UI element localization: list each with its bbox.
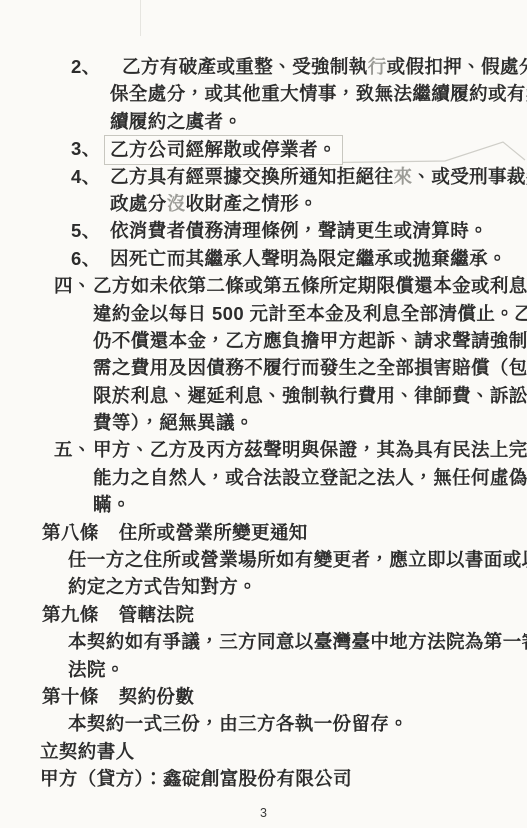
text-line: 保全處分，或其他重大情事，致無法繼續履約或有無法繼 bbox=[110, 80, 527, 107]
text-line: 違約金以每日 500 元計至本金及利息全部清償止。乙方屆期 bbox=[93, 300, 527, 327]
text-line: 任一方之住所或營業場所如有變更者，應立即以書面或以三方 bbox=[68, 546, 527, 573]
text-line: 約定之方式告知對方。 bbox=[68, 573, 527, 600]
text-line: 法院。 bbox=[68, 656, 527, 683]
text-line: 續履約之虞者。 bbox=[110, 108, 527, 135]
text-line: 乙方具有經票據交換所通知拒絕往來、或受刑事裁判或行 bbox=[110, 163, 527, 190]
clause-heading: 第八條 住所或營業所變更通知 bbox=[0, 519, 527, 546]
text-line: 本契約如有爭議，三方同意以臺灣臺中地方法院為第一審管轄 bbox=[68, 628, 527, 655]
text-line: 甲方、乙方及丙方茲聲明與保證，其為具有民法上完全行為 bbox=[93, 436, 527, 463]
item-number: 5、 bbox=[71, 217, 110, 244]
clause-paragraph: 本契約一式三份，由三方各執一份留存。 bbox=[0, 710, 527, 737]
clause-title: 住所或營業所變更通知 bbox=[119, 519, 308, 546]
text-line: 政處分沒收財產之情形。 bbox=[110, 190, 527, 217]
clause-paragraph: 任一方之住所或營業場所如有變更者，應立即以書面或以三方 約定之方式告知對方。 bbox=[0, 546, 527, 601]
item-text: 乙方具有經票據交換所通知拒絕往來、或受刑事裁判或行 政處分沒收財產之情形。 bbox=[110, 163, 527, 218]
signature-block-title: 立契約書人 bbox=[0, 738, 527, 765]
item-number: 五、 bbox=[54, 436, 93, 463]
text-line: 仍不償還本金，乙方應負擔甲方起訴、請求聲請強制執行所 bbox=[93, 327, 527, 354]
text-line: 依消費者債務清理條例，聲請更生或清算時。 bbox=[110, 217, 488, 244]
item-text: 甲方、乙方及丙方茲聲明與保證，其為具有民法上完全行為 能力之自然人，或合法設立登… bbox=[93, 436, 527, 518]
list-item: 5、 依消費者債務清理條例，聲請更生或清算時。 bbox=[0, 217, 527, 244]
item-number: 2、 bbox=[71, 53, 110, 80]
text-line: 乙方如未依第二條或第五條所定期限償還本金或利息，逾期 bbox=[93, 272, 527, 299]
clause-paragraph: 本契約如有爭議，三方同意以臺灣臺中地方法院為第一審管轄 法院。 bbox=[0, 628, 527, 683]
clause-title: 管轄法院 bbox=[119, 601, 195, 628]
scan-artifact-line bbox=[140, 0, 141, 36]
list-item: 6、 因死亡而其繼承人聲明為限定繼承或拋棄繼承。 bbox=[0, 245, 527, 272]
text-line: 能力之自然人，或合法設立登記之法人，無任何虛偽或隱 bbox=[93, 464, 527, 491]
clause-number: 第十條 bbox=[42, 683, 99, 710]
item-number: 四、 bbox=[54, 272, 93, 299]
item-text: 乙方如未依第二條或第五條所定期限償還本金或利息，逾期 違約金以每日 500 元計… bbox=[93, 272, 527, 436]
scanned-contract-page: 2、 乙方有破產或重整、受強制執行或假扣押、假處分或其他 保全處分，或其他重大情… bbox=[0, 0, 527, 828]
item-number: 4、 bbox=[71, 163, 110, 190]
item-text: 因死亡而其繼承人聲明為限定繼承或拋棄繼承。 bbox=[110, 245, 507, 272]
item-number: 6、 bbox=[71, 245, 110, 272]
list-item: 2、 乙方有破產或重整、受強制執行或假扣押、假處分或其他 保全處分，或其他重大情… bbox=[0, 53, 527, 135]
text-line: 本契約一式三份，由三方各執一份留存。 bbox=[68, 710, 527, 737]
clause-number: 第九條 bbox=[42, 601, 99, 628]
text-line: 限於利息、遲延利息、強制執行費用、律師費、訴訟費、規 bbox=[93, 382, 527, 409]
highlight-box: 乙方公司經解散或停業者。 bbox=[104, 135, 343, 164]
clause-title: 契約份數 bbox=[119, 683, 195, 710]
clause-heading: 第十條 契約份數 bbox=[0, 683, 527, 710]
text-line: 瞞。 bbox=[93, 491, 527, 518]
list-item: 3、 乙方公司經解散或停業者。 bbox=[0, 135, 527, 162]
contract-body: 2、 乙方有破產或重整、受強制執行或假扣押、假處分或其他 保全處分，或其他重大情… bbox=[0, 53, 527, 793]
page-number: 3 bbox=[0, 806, 527, 820]
list-item: 4、 乙方具有經票據交換所通知拒絕往來、或受刑事裁判或行 政處分沒收財產之情形。 bbox=[0, 163, 527, 218]
text-line: 費等），絕無異議。 bbox=[93, 409, 527, 436]
text-line: 需之費用及因債務不履行而發生之全部損害賠償（包括但不 bbox=[93, 354, 527, 381]
text-line: 因死亡而其繼承人聲明為限定繼承或拋棄繼承。 bbox=[110, 245, 507, 272]
party-a-line: 甲方（貸方）：鑫碇創富股份有限公司 bbox=[0, 765, 527, 792]
text-line: 乙方有破產或重整、受強制執行或假扣押、假處分或其他 bbox=[110, 53, 527, 80]
item-text: 依消費者債務清理條例，聲請更生或清算時。 bbox=[110, 217, 488, 244]
clause-number: 第八條 bbox=[42, 519, 99, 546]
list-item: 五、 甲方、乙方及丙方茲聲明與保證，其為具有民法上完全行為 能力之自然人，或合法… bbox=[0, 436, 527, 518]
clause-heading: 第九條 管轄法院 bbox=[0, 601, 527, 628]
item-text: 乙方公司經解散或停業者。 bbox=[110, 135, 343, 162]
item-text: 乙方有破產或重整、受強制執行或假扣押、假處分或其他 保全處分，或其他重大情事，致… bbox=[110, 53, 527, 135]
list-item: 四、 乙方如未依第二條或第五條所定期限償還本金或利息，逾期 違約金以每日 500… bbox=[0, 272, 527, 436]
